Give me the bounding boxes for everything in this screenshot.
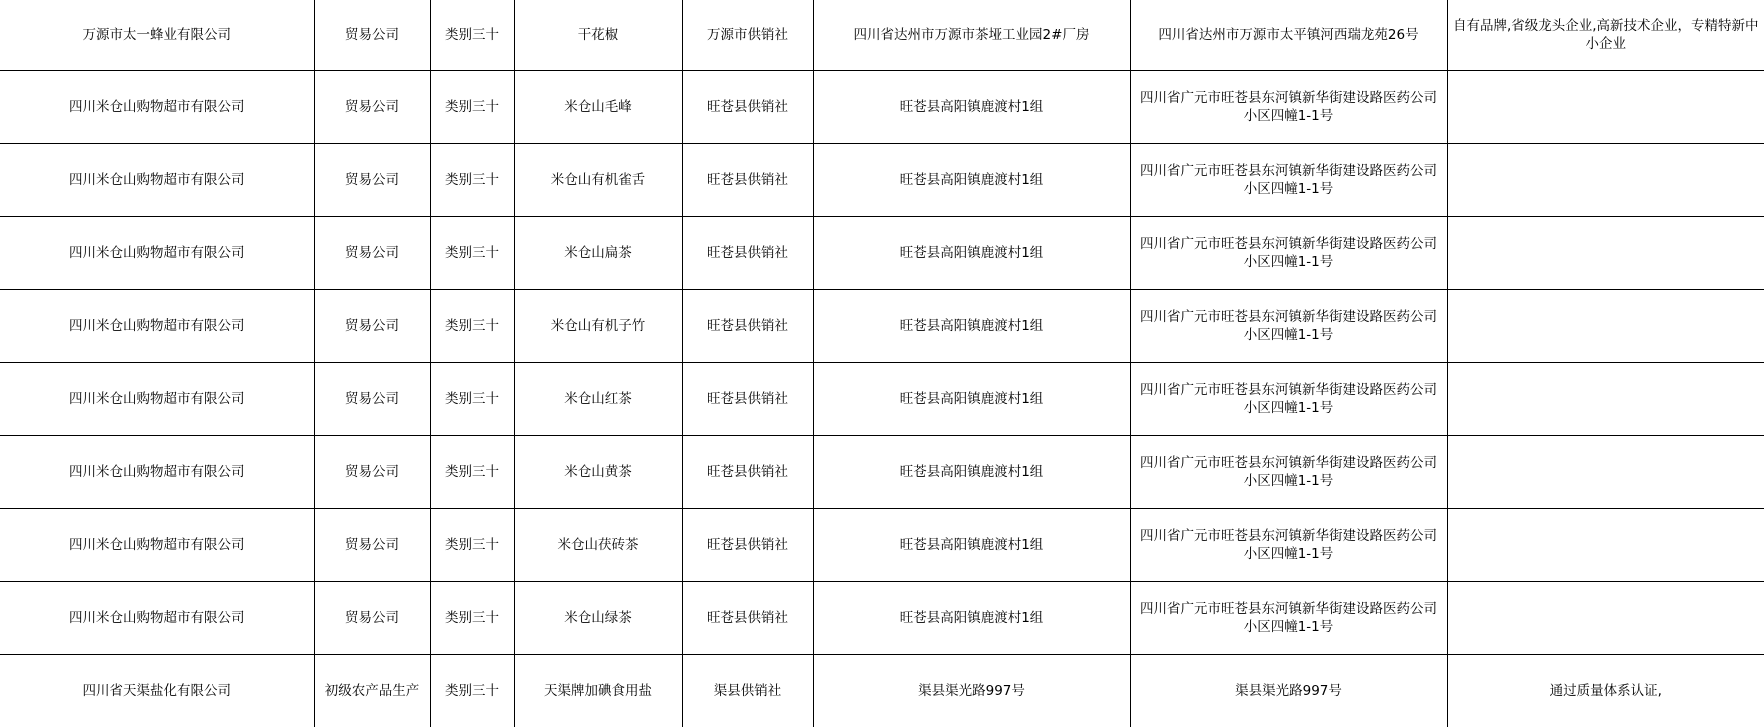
cell-supply-coop[interactable]: 旺苍县供销社 xyxy=(682,70,813,143)
cell-category[interactable]: 类别三十 xyxy=(430,435,514,508)
table-row: 四川米仓山购物超市有限公司 贸易公司 类别三十 米仓山黄茶 旺苍县供销社 旺苍县… xyxy=(0,435,1764,508)
cell-category[interactable]: 类别三十 xyxy=(430,143,514,216)
cell-company[interactable]: 四川米仓山购物超市有限公司 xyxy=(0,362,314,435)
cell-category[interactable]: 类别三十 xyxy=(430,581,514,654)
cell-type[interactable]: 初级农产品生产 xyxy=(314,654,430,727)
cell-company[interactable]: 万源市太一蜂业有限公司 xyxy=(0,0,314,70)
cell-type[interactable]: 贸易公司 xyxy=(314,216,430,289)
cell-category[interactable]: 类别三十 xyxy=(430,654,514,727)
cell-supply-coop[interactable]: 旺苍县供销社 xyxy=(682,216,813,289)
cell-supply-coop[interactable]: 旺苍县供销社 xyxy=(682,289,813,362)
cell-company[interactable]: 四川米仓山购物超市有限公司 xyxy=(0,216,314,289)
cell-product[interactable]: 米仓山有机子竹 xyxy=(514,289,682,362)
cell-remarks[interactable] xyxy=(1447,362,1764,435)
cell-production-address[interactable]: 旺苍县高阳镇鹿渡村1组 xyxy=(813,508,1130,581)
cell-production-address[interactable]: 渠县渠光路997号 xyxy=(813,654,1130,727)
cell-type[interactable]: 贸易公司 xyxy=(314,362,430,435)
cell-product[interactable]: 米仓山扁茶 xyxy=(514,216,682,289)
cell-registered-address[interactable]: 四川省广元市旺苍县东河镇新华街建设路医药公司小区四幢1-1号 xyxy=(1130,362,1447,435)
cell-type[interactable]: 贸易公司 xyxy=(314,70,430,143)
cell-remarks[interactable]: 自有品牌,省级龙头企业,高新技术企业，专精特新中小企业 xyxy=(1447,0,1764,70)
cell-category[interactable]: 类别三十 xyxy=(430,289,514,362)
cell-supply-coop[interactable]: 旺苍县供销社 xyxy=(682,508,813,581)
cell-supply-coop[interactable]: 旺苍县供销社 xyxy=(682,143,813,216)
cell-registered-address[interactable]: 渠县渠光路997号 xyxy=(1130,654,1447,727)
cell-registered-address[interactable]: 四川省广元市旺苍县东河镇新华街建设路医药公司小区四幢1-1号 xyxy=(1130,581,1447,654)
cell-type[interactable]: 贸易公司 xyxy=(314,143,430,216)
cell-production-address[interactable]: 旺苍县高阳镇鹿渡村1组 xyxy=(813,70,1130,143)
cell-company[interactable]: 四川省天渠盐化有限公司 xyxy=(0,654,314,727)
cell-registered-address[interactable]: 四川省广元市旺苍县东河镇新华街建设路医药公司小区四幢1-1号 xyxy=(1130,435,1447,508)
table-row: 四川米仓山购物超市有限公司 贸易公司 类别三十 米仓山茯砖茶 旺苍县供销社 旺苍… xyxy=(0,508,1764,581)
cell-product[interactable]: 干花椒 xyxy=(514,0,682,70)
cell-product[interactable]: 米仓山毛峰 xyxy=(514,70,682,143)
table-row: 四川米仓山购物超市有限公司 贸易公司 类别三十 米仓山有机雀舌 旺苍县供销社 旺… xyxy=(0,143,1764,216)
cell-production-address[interactable]: 旺苍县高阳镇鹿渡村1组 xyxy=(813,362,1130,435)
table-row: 四川米仓山购物超市有限公司 贸易公司 类别三十 米仓山红茶 旺苍县供销社 旺苍县… xyxy=(0,362,1764,435)
cell-type[interactable]: 贸易公司 xyxy=(314,0,430,70)
table-row: 四川米仓山购物超市有限公司 贸易公司 类别三十 米仓山毛峰 旺苍县供销社 旺苍县… xyxy=(0,70,1764,143)
cell-production-address[interactable]: 旺苍县高阳镇鹿渡村1组 xyxy=(813,216,1130,289)
cell-product[interactable]: 米仓山绿茶 xyxy=(514,581,682,654)
cell-company[interactable]: 四川米仓山购物超市有限公司 xyxy=(0,508,314,581)
cell-product[interactable]: 天渠牌加碘食用盐 xyxy=(514,654,682,727)
cell-company[interactable]: 四川米仓山购物超市有限公司 xyxy=(0,143,314,216)
cell-type[interactable]: 贸易公司 xyxy=(314,581,430,654)
table-row: 万源市太一蜂业有限公司 贸易公司 类别三十 干花椒 万源市供销社 四川省达州市万… xyxy=(0,0,1764,70)
cell-company[interactable]: 四川米仓山购物超市有限公司 xyxy=(0,289,314,362)
table-row: 四川米仓山购物超市有限公司 贸易公司 类别三十 米仓山有机子竹 旺苍县供销社 旺… xyxy=(0,289,1764,362)
cell-registered-address[interactable]: 四川省广元市旺苍县东河镇新华街建设路医药公司小区四幢1-1号 xyxy=(1130,70,1447,143)
cell-company[interactable]: 四川米仓山购物超市有限公司 xyxy=(0,581,314,654)
cell-type[interactable]: 贸易公司 xyxy=(314,508,430,581)
table-row: 四川米仓山购物超市有限公司 贸易公司 类别三十 米仓山扁茶 旺苍县供销社 旺苍县… xyxy=(0,216,1764,289)
cell-supply-coop[interactable]: 旺苍县供销社 xyxy=(682,362,813,435)
cell-production-address[interactable]: 旺苍县高阳镇鹿渡村1组 xyxy=(813,581,1130,654)
cell-remarks[interactable]: 通过质量体系认证, xyxy=(1447,654,1764,727)
cell-supply-coop[interactable]: 旺苍县供销社 xyxy=(682,581,813,654)
table-row: 四川米仓山购物超市有限公司 贸易公司 类别三十 米仓山绿茶 旺苍县供销社 旺苍县… xyxy=(0,581,1764,654)
cell-registered-address[interactable]: 四川省达州市万源市太平镇河西瑞龙苑26号 xyxy=(1130,0,1447,70)
cell-registered-address[interactable]: 四川省广元市旺苍县东河镇新华街建设路医药公司小区四幢1-1号 xyxy=(1130,216,1447,289)
cell-category[interactable]: 类别三十 xyxy=(430,508,514,581)
cell-category[interactable]: 类别三十 xyxy=(430,362,514,435)
cell-product[interactable]: 米仓山有机雀舌 xyxy=(514,143,682,216)
cell-remarks[interactable] xyxy=(1447,70,1764,143)
cell-remarks[interactable] xyxy=(1447,508,1764,581)
cell-production-address[interactable]: 旺苍县高阳镇鹿渡村1组 xyxy=(813,435,1130,508)
cell-remarks[interactable] xyxy=(1447,289,1764,362)
cell-type[interactable]: 贸易公司 xyxy=(314,435,430,508)
cell-type[interactable]: 贸易公司 xyxy=(314,289,430,362)
cell-production-address[interactable]: 四川省达州市万源市茶垭工业园2#厂房 xyxy=(813,0,1130,70)
cell-product[interactable]: 米仓山黄茶 xyxy=(514,435,682,508)
cell-supply-coop[interactable]: 万源市供销社 xyxy=(682,0,813,70)
cell-remarks[interactable] xyxy=(1447,581,1764,654)
cell-category[interactable]: 类别三十 xyxy=(430,0,514,70)
cell-production-address[interactable]: 旺苍县高阳镇鹿渡村1组 xyxy=(813,143,1130,216)
cell-company[interactable]: 四川米仓山购物超市有限公司 xyxy=(0,435,314,508)
spreadsheet: 万源市太一蜂业有限公司 贸易公司 类别三十 干花椒 万源市供销社 四川省达州市万… xyxy=(0,0,1764,727)
table-row: 四川省天渠盐化有限公司 初级农产品生产 类别三十 天渠牌加碘食用盐 渠县供销社 … xyxy=(0,654,1764,727)
cell-category[interactable]: 类别三十 xyxy=(430,70,514,143)
cell-registered-address[interactable]: 四川省广元市旺苍县东河镇新华街建设路医药公司小区四幢1-1号 xyxy=(1130,289,1447,362)
cell-remarks[interactable] xyxy=(1447,435,1764,508)
cell-registered-address[interactable]: 四川省广元市旺苍县东河镇新华街建设路医药公司小区四幢1-1号 xyxy=(1130,508,1447,581)
cell-company[interactable]: 四川米仓山购物超市有限公司 xyxy=(0,70,314,143)
cell-category[interactable]: 类别三十 xyxy=(430,216,514,289)
cell-remarks[interactable] xyxy=(1447,216,1764,289)
cell-remarks[interactable] xyxy=(1447,143,1764,216)
cell-production-address[interactable]: 旺苍县高阳镇鹿渡村1组 xyxy=(813,289,1130,362)
product-table: 万源市太一蜂业有限公司 贸易公司 类别三十 干花椒 万源市供销社 四川省达州市万… xyxy=(0,0,1764,727)
cell-product[interactable]: 米仓山茯砖茶 xyxy=(514,508,682,581)
cell-product[interactable]: 米仓山红茶 xyxy=(514,362,682,435)
cell-registered-address[interactable]: 四川省广元市旺苍县东河镇新华街建设路医药公司小区四幢1-1号 xyxy=(1130,143,1447,216)
cell-supply-coop[interactable]: 渠县供销社 xyxy=(682,654,813,727)
cell-supply-coop[interactable]: 旺苍县供销社 xyxy=(682,435,813,508)
